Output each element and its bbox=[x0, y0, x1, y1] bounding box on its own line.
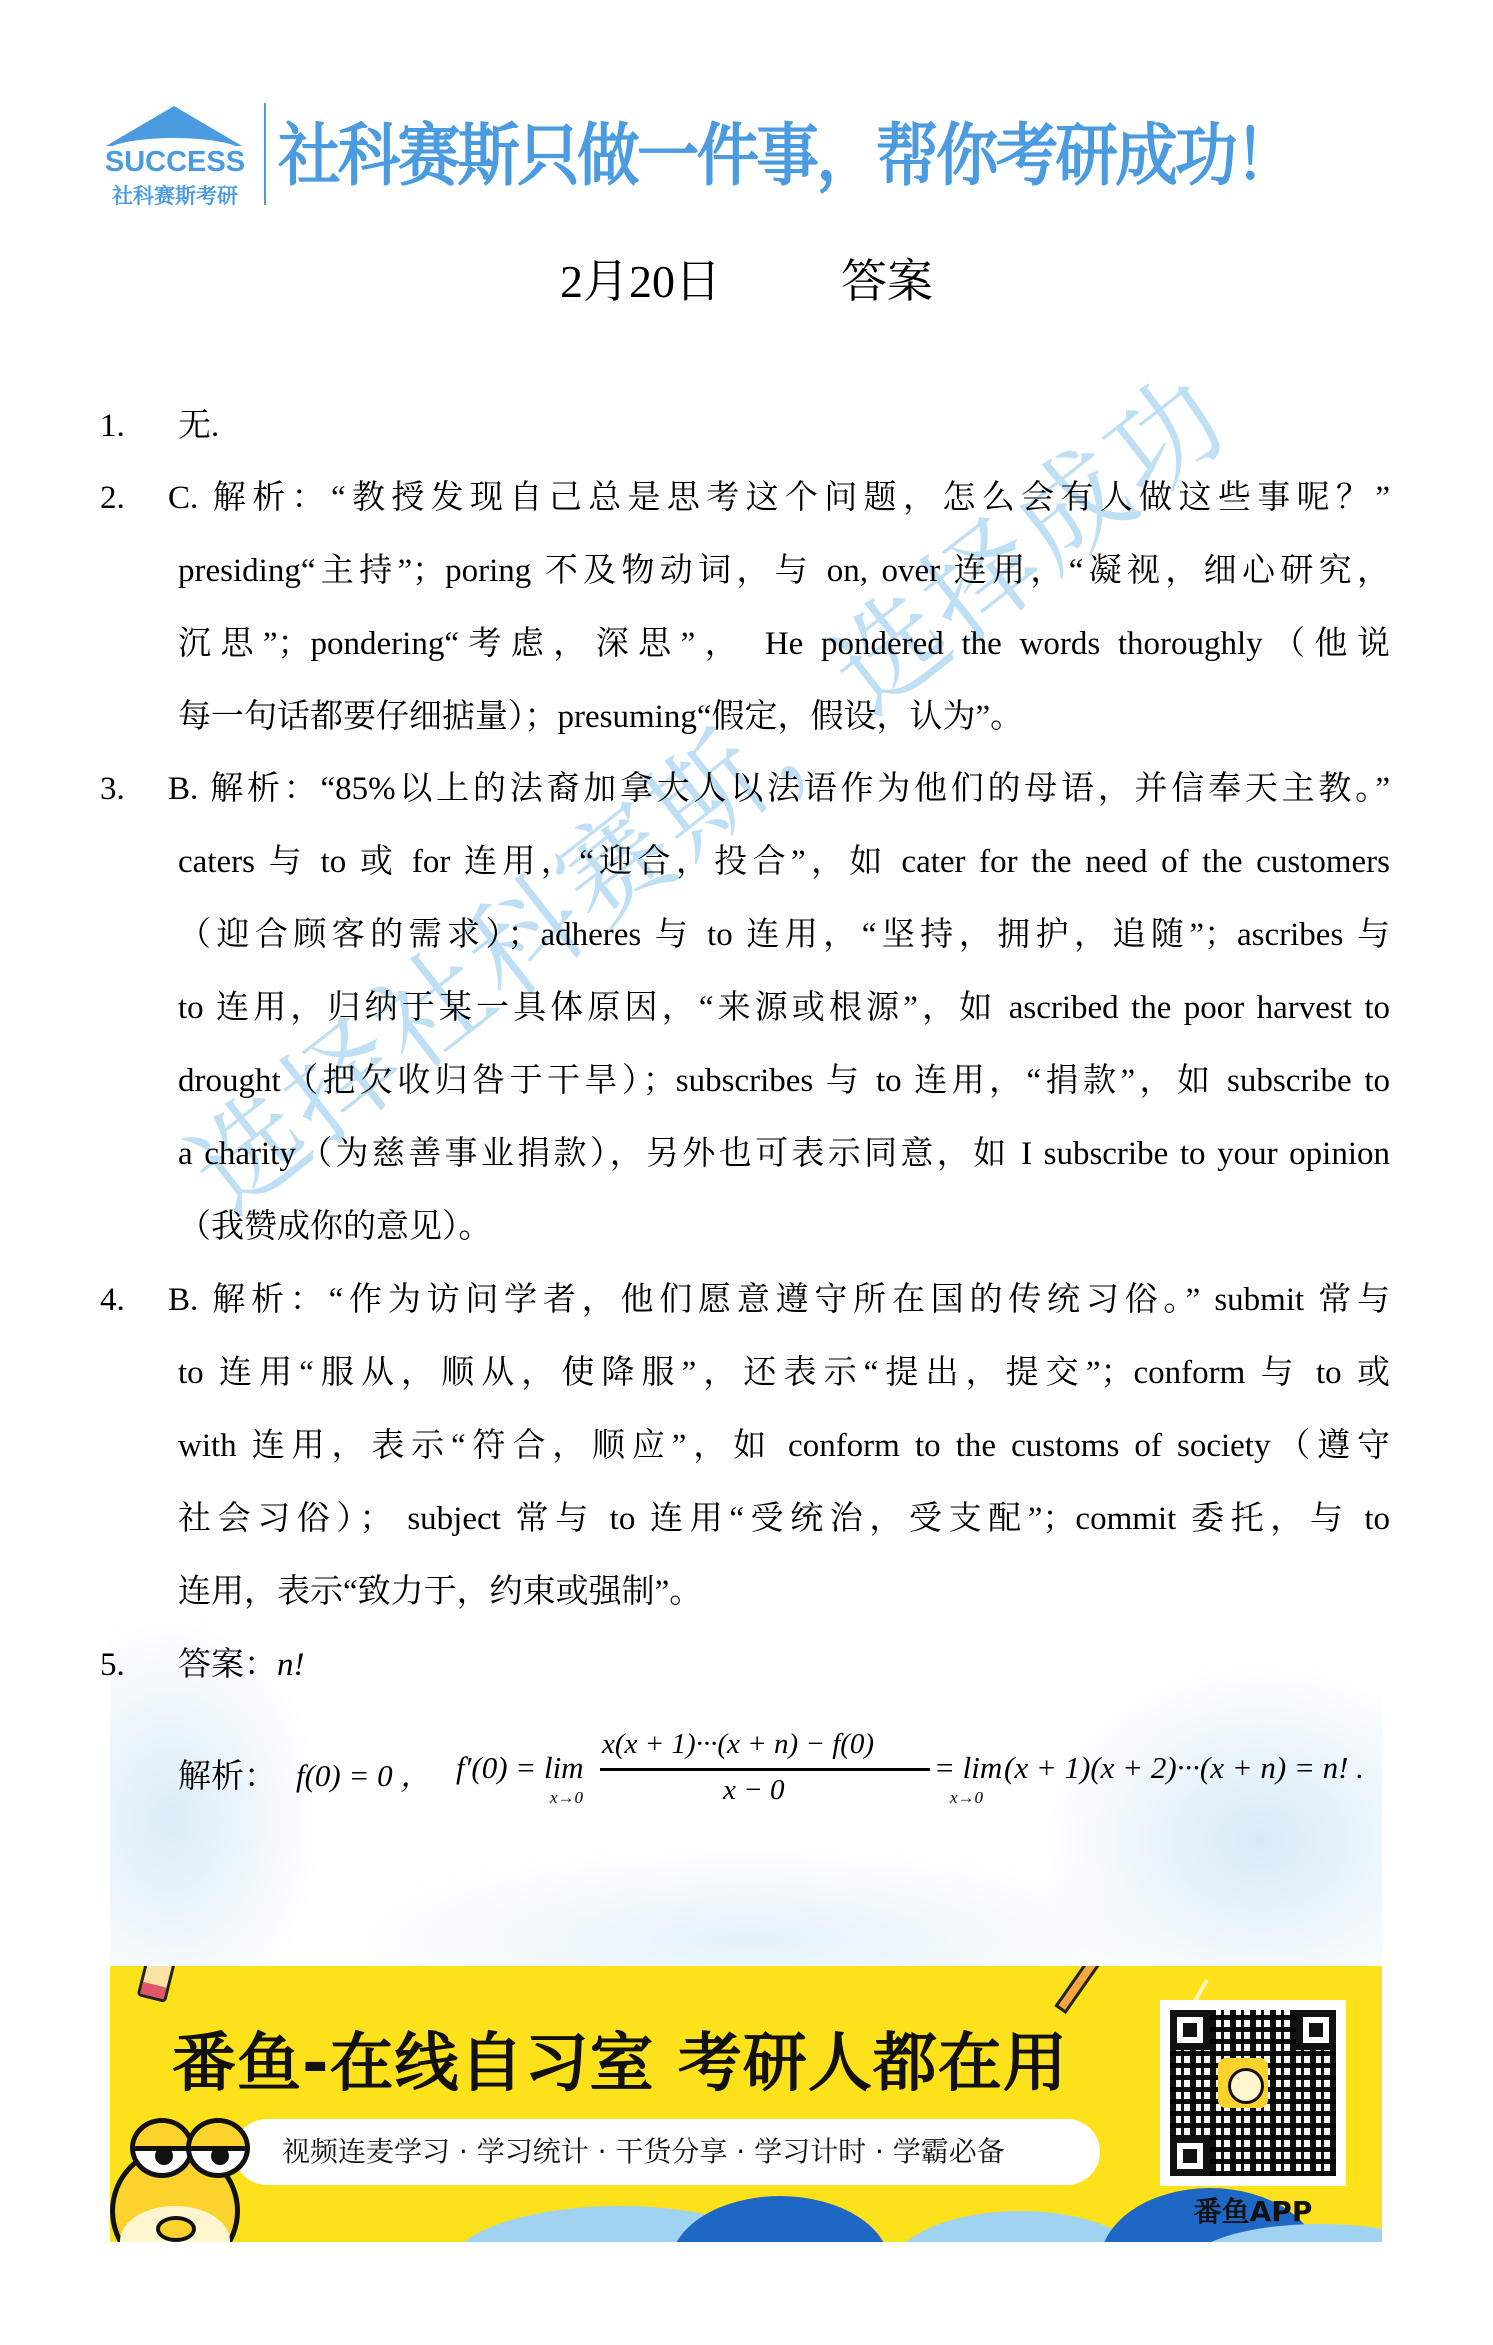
success-logo: SUCCESS 社科赛斯考研 bbox=[100, 100, 250, 210]
answer-3-line-1: B. 解析：“85%以上的法裔加拿大人以法语作为他们的母语，并信奉天主教。” bbox=[168, 767, 1390, 811]
pencil-icon bbox=[1054, 1966, 1103, 2014]
qr-finder-icon bbox=[1170, 2010, 1210, 2050]
formula-rhs-sub: x→0 bbox=[950, 1788, 983, 1808]
mascot-eye-left bbox=[130, 2118, 194, 2178]
answer-number-2: 2. bbox=[100, 476, 125, 520]
answer-number-5: 5. bbox=[100, 1643, 125, 1687]
formula-rhs-expr: (x + 1)(x + 2)···(x + n) = n! . bbox=[1004, 1750, 1364, 1786]
answer-5-value: n! bbox=[277, 1647, 305, 1683]
banner-title: 番鱼-在线自习室 考研人都在用 bbox=[172, 2024, 1068, 2104]
title-date: 2月20日 bbox=[560, 256, 721, 307]
answer-3-line-2: caters 与 to 或 for 连用，“迎合，投合”，如 cater for… bbox=[178, 840, 1390, 884]
app-label: 番鱼APP bbox=[1160, 2194, 1346, 2230]
formula-numerator: x(x + 1)···(x + n) − f(0) bbox=[602, 1728, 874, 1761]
answer-4-line-1: B. 解析：“作为访问学者，他们愿意遵守所在国的传统习俗。” submit 常与 bbox=[168, 1278, 1390, 1322]
page-title: 2月20日答案 bbox=[0, 252, 1493, 312]
qr-finder-icon bbox=[1296, 2010, 1336, 2050]
answer-2-line-2: presiding“主持”；poring 不及物动词，与 on, over 连用… bbox=[178, 549, 1390, 593]
header-divider bbox=[264, 103, 266, 205]
title-label: 答案 bbox=[841, 256, 933, 307]
answer-2-line-3: 沉思”；pondering“考虑，深思”， He pondered the wo… bbox=[178, 622, 1390, 666]
formula-denominator: x − 0 bbox=[723, 1774, 784, 1807]
answer-4-line-5: 连用，表示“致力于，约束或强制”。 bbox=[178, 1570, 702, 1614]
qr-code[interactable] bbox=[1160, 2000, 1346, 2186]
answer-5-label: 答案：n! bbox=[178, 1643, 305, 1687]
qr-finder-icon bbox=[1170, 2136, 1210, 2176]
answer-2-line-4: 每一句话都要仔细掂量）；presuming“假定，假设，认为”。 bbox=[178, 695, 1023, 739]
formula-f0: f(0) = 0 ， bbox=[296, 1750, 431, 1795]
answer-number-4: 4. bbox=[100, 1278, 125, 1322]
formula-label: 解析： bbox=[178, 1750, 277, 1797]
answer-number-3: 3. bbox=[100, 767, 125, 811]
answer-5-prefix: 答案： bbox=[178, 1647, 277, 1683]
feature-list: 视频连麦学习 · 学习统计 · 干货分享 · 学习计时 · 学霸必备 bbox=[282, 2119, 1005, 2185]
pufferfish-mascot-icon bbox=[110, 2106, 250, 2242]
answer-3-line-6: a charity（为慈善事业捐款），另外也可表示同意，如 I subscrib… bbox=[178, 1132, 1390, 1176]
mascot-eye-right bbox=[186, 2118, 250, 2178]
answer-2-line-1: C. 解析：“教授发现自己总是思考这个问题，怎么会有人做这些事呢？” bbox=[168, 476, 1390, 520]
formula-fprime: f′(0) = lim bbox=[456, 1750, 584, 1786]
logo-text-cn: 社科赛斯考研 bbox=[100, 180, 250, 210]
answer-1-line-1: 无. bbox=[178, 404, 219, 448]
feature-pill: 视频连麦学习 · 学习统计 · 干货分享 · 学习计时 · 学霸必备 bbox=[234, 2119, 1100, 2185]
answer-3-line-4: to 连用，归纳于某一具体原因，“来源或根源”，如 ascribed the p… bbox=[178, 986, 1390, 1030]
eraser-icon bbox=[137, 1966, 178, 2003]
answer-4-line-3: with 连用，表示“符合，顺应”，如 conform to the custo… bbox=[178, 1424, 1390, 1468]
answer-4-line-2: to 连用“服从，顺从，使降服”，还表示“提出，提交”；conform 与 to… bbox=[178, 1351, 1390, 1395]
answer-4-line-4: 社会习俗）； subject 常与 to 连用“受统治，受支配”；commit … bbox=[178, 1497, 1390, 1541]
mascot-mouth bbox=[156, 2216, 196, 2242]
fanyu-app-banner[interactable]: 番鱼-在线自习室 考研人都在用 视频连麦学习 · 学习统计 · 干货分享 · 学… bbox=[110, 1966, 1382, 2242]
wave-decoration bbox=[670, 2196, 890, 2242]
qr-app-logo-icon bbox=[1218, 2058, 1268, 2108]
answer-number-1: 1. bbox=[100, 404, 125, 448]
header-slogan: 社科赛斯只做一件事，帮你考研成功！ bbox=[278, 112, 1308, 202]
logo-text-en: SUCCESS bbox=[102, 146, 248, 179]
formula-rhs-lim: = lim bbox=[934, 1750, 1002, 1786]
formula-lim-sub: x→0 bbox=[550, 1788, 583, 1808]
answer-3-line-5: drought（把欠收归咎于干旱）；subscribes 与 to 连用，“捐款… bbox=[178, 1059, 1390, 1103]
fraction-bar bbox=[600, 1768, 930, 1771]
answer-3-line-7: （我赞成你的意见）。 bbox=[178, 1205, 492, 1249]
answer-3-line-3: （迎合顾客的需求）；adheres 与 to 连用，“坚持，拥护，追随”；asc… bbox=[178, 913, 1390, 957]
